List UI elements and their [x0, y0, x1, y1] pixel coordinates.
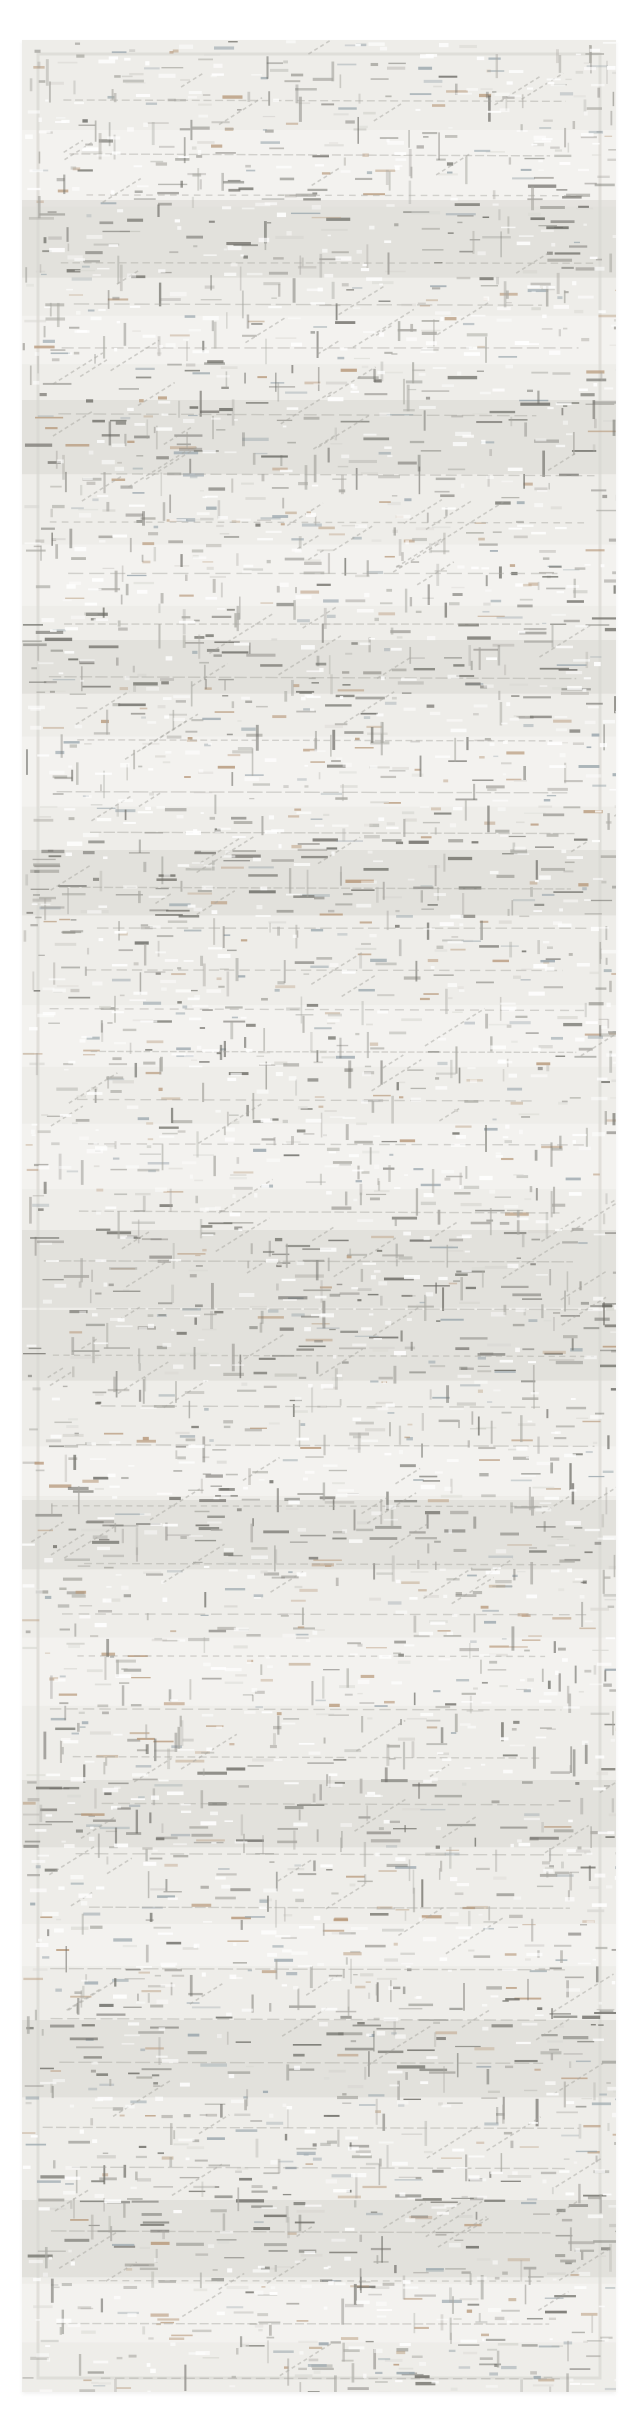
runner-rug: [22, 40, 616, 2392]
rug-pattern: [22, 40, 616, 2392]
